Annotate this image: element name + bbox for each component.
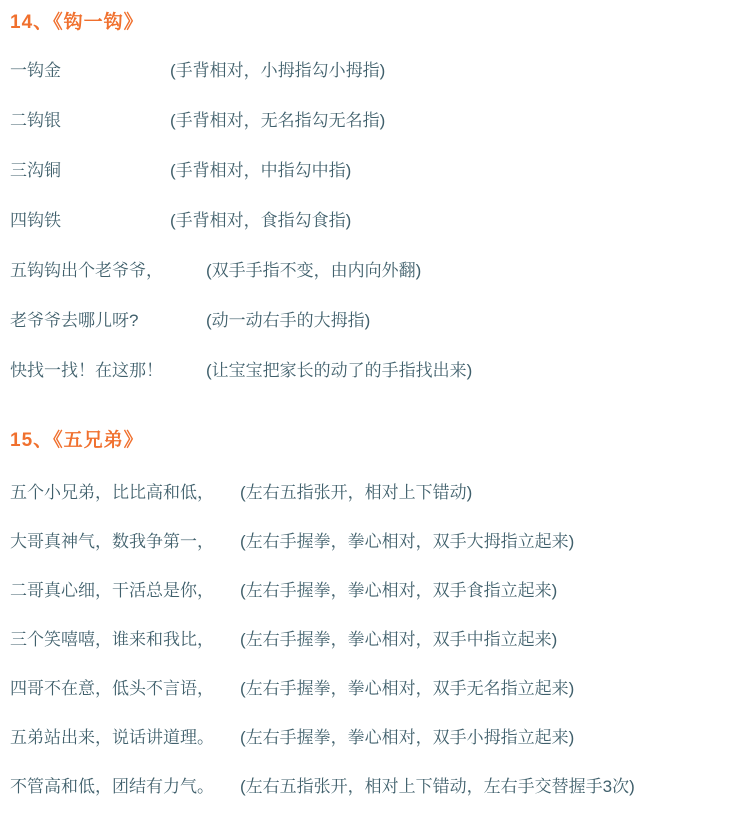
- verse-text: 不管高和低，团结有力气。: [10, 776, 214, 798]
- rhyme-line: 二钩银 (手背相对，无名指勾无名指): [10, 110, 746, 132]
- action-text: (双手手指不变，由内向外翻): [206, 260, 421, 282]
- section-wu-xiong-di: 15、《五兄弟》 五个小兄弟，比比高和低， (左右五指张开，相对上下错动) 大哥…: [10, 430, 746, 798]
- action-text: (左右手握拳，拳心相对，双手无名指立起来): [240, 678, 574, 700]
- action-text: (左右五指张开，相对上下错动): [240, 482, 472, 504]
- verse-text: 五个小兄弟，比比高和低，: [10, 482, 214, 504]
- rhyme-line: 老爷爷去哪儿呀? (动一动右手的大拇指): [10, 310, 746, 332]
- rhyme-line: 三沟铜 (手背相对，中指勾中指): [10, 160, 746, 182]
- action-text: (手背相对，小拇指勾小拇指): [170, 60, 385, 82]
- verse-text: 五弟站出来，说话讲道理。: [10, 727, 214, 749]
- verse-text: 二哥真心细，干活总是你，: [10, 580, 214, 602]
- rhyme-line: 四钩铁 (手背相对，食指勾食指): [10, 210, 746, 232]
- action-text: (左右手握拳，拳心相对，双手大拇指立起来): [240, 531, 574, 553]
- rhyme-line: 一钩金 (手背相对，小拇指勾小拇指): [10, 60, 746, 82]
- document-page: 14、《钩一钩》 一钩金 (手背相对，小拇指勾小拇指) 二钩银 (手背相对，无名…: [0, 0, 756, 833]
- action-text: (动一动右手的大拇指): [206, 310, 370, 332]
- action-text: (手背相对，中指勾中指): [170, 160, 351, 182]
- rhyme-line: 四哥不在意，低头不言语， (左右手握拳，拳心相对，双手无名指立起来): [10, 678, 746, 700]
- action-text: (左右手握拳，拳心相对，双手食指立起来): [240, 580, 557, 602]
- verse-text: 四钩铁: [10, 210, 170, 232]
- verse-text: 五钩钩出个老爷爷，: [10, 260, 170, 282]
- action-text: (左右五指张开，相对上下错动，左右手交替握手3次): [240, 776, 635, 798]
- action-text: (左右手握拳，拳心相对，双手中指立起来): [240, 629, 557, 651]
- rhyme-line: 五弟站出来，说话讲道理。 (左右手握拳，拳心相对，双手小拇指立起来): [10, 727, 746, 749]
- action-text: (让宝宝把家长的动了的手指找出来): [206, 360, 472, 382]
- verse-text: 二钩银: [10, 110, 170, 132]
- verse-text: 四哥不在意，低头不言语，: [10, 678, 214, 700]
- section-14-heading: 14、《钩一钩》: [10, 12, 746, 34]
- rhyme-line: 五钩钩出个老爷爷， (双手手指不变，由内向外翻): [10, 260, 746, 282]
- verse-text: 老爷爷去哪儿呀?: [10, 310, 170, 332]
- verse-text: 一钩金: [10, 60, 170, 82]
- verse-text: 快找一找！在这那！: [10, 360, 170, 382]
- rhyme-line: 二哥真心细，干活总是你， (左右手握拳，拳心相对，双手食指立起来): [10, 580, 746, 602]
- verse-text: 大哥真神气，数我争第一，: [10, 531, 214, 553]
- action-text: (手背相对，食指勾食指): [170, 210, 351, 232]
- rhyme-line: 五个小兄弟，比比高和低， (左右五指张开，相对上下错动): [10, 482, 746, 504]
- rhyme-line: 不管高和低，团结有力气。 (左右五指张开，相对上下错动，左右手交替握手3次): [10, 776, 746, 798]
- verse-text: 三个笑嘻嘻，谁来和我比，: [10, 629, 214, 651]
- rhyme-line: 快找一找！在这那！ (让宝宝把家长的动了的手指找出来): [10, 360, 746, 382]
- section-gou-yi-gou: 14、《钩一钩》 一钩金 (手背相对，小拇指勾小拇指) 二钩银 (手背相对，无名…: [10, 12, 746, 382]
- verse-text: 三沟铜: [10, 160, 170, 182]
- section-15-heading: 15、《五兄弟》: [10, 430, 746, 452]
- action-text: (手背相对，无名指勾无名指): [170, 110, 385, 132]
- action-text: (左右手握拳，拳心相对，双手小拇指立起来): [240, 727, 574, 749]
- rhyme-line: 大哥真神气，数我争第一， (左右手握拳，拳心相对，双手大拇指立起来): [10, 531, 746, 553]
- rhyme-line: 三个笑嘻嘻，谁来和我比， (左右手握拳，拳心相对，双手中指立起来): [10, 629, 746, 651]
